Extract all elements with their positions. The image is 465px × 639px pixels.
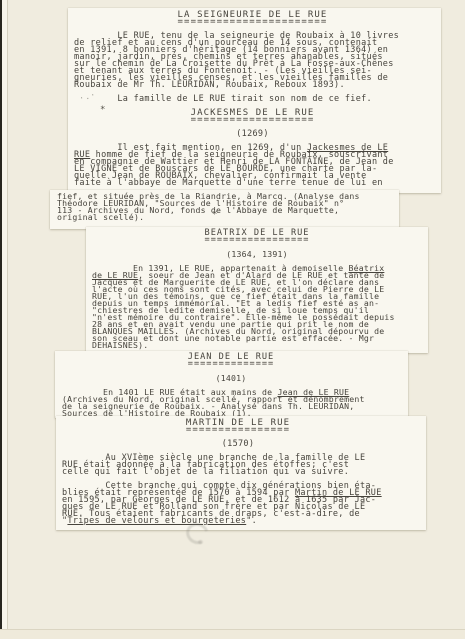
- text-line: Roubaix de Mr Th. LEURIDAN, Roubaix, Reb…: [74, 82, 431, 89]
- paragraph: Il est fait mention, en 1269, d'un Jacke…: [74, 145, 431, 187]
- section-date: (1401): [62, 375, 400, 382]
- paragraph: Au XVIème siècle une branche de la famil…: [62, 455, 414, 476]
- paragraph: fief, et située près de la Riandrie, à M…: [57, 193, 393, 221]
- section-date: (1364, 1391): [92, 251, 422, 258]
- heading-rule: ==============: [62, 361, 400, 368]
- heading-rule: =======================: [74, 19, 431, 26]
- asterisk-mark: *: [212, 210, 217, 220]
- text-line: DEHAISNES).: [92, 342, 422, 349]
- page-bottom-band: [0, 630, 465, 639]
- paper-strip-martin: MARTIN DE LE RUE================(1570) A…: [56, 416, 426, 530]
- text-line: original scellé).: [57, 214, 393, 221]
- page-left-band: [2, 0, 8, 639]
- underlined-text: Tripes de velours et bourgeteries: [67, 516, 246, 526]
- paragraph: Cette branche qui compte dix générations…: [62, 483, 414, 525]
- paper-strip-intro-jackesmes: LA SEIGNEURIE DE LE RUE=================…: [68, 8, 441, 193]
- section-date: (1269): [74, 131, 431, 138]
- text-line: La famille de LE RUE tirait son nom de c…: [74, 96, 431, 103]
- asterisk-mark: *: [100, 105, 105, 115]
- scanned-document-page: { "scan": { "colors": { "page": "#f0ecdf…: [0, 0, 465, 639]
- smudge-dot-mark: [198, 540, 203, 544]
- paragraph: En 1391, LE RUE, appartenait à demoisell…: [92, 265, 422, 349]
- paper-strip-beatrix: BEATRIX DE LE RUE=================(1364,…: [86, 227, 428, 353]
- paper-strip-marquette-note: fief, et située près de la Riandrie, à M…: [50, 190, 399, 229]
- text-line: celle qui fait l'objet de la filiation q…: [62, 469, 414, 476]
- paragraph: La famille de LE RUE tirait son nom de c…: [74, 96, 431, 103]
- text-line: "Tripes de velours et bourgeteries".: [62, 518, 414, 525]
- paragraph: LE RUE, tenu de la seigneurie de Roubaix…: [74, 33, 431, 89]
- heading-rule: ================: [62, 427, 414, 434]
- section-date: (1570): [62, 441, 414, 448]
- heading-rule: ===================: [74, 117, 431, 124]
- text-line: faite à l'abbaye de Marquette d'une terr…: [74, 180, 431, 187]
- paper-strip-jean: JEAN DE LE RUE==============(1401) En 14…: [55, 351, 408, 418]
- paragraph: En 1401 LE RUE était aux mains de Jean d…: [62, 389, 400, 417]
- heading-rule: =================: [92, 237, 422, 244]
